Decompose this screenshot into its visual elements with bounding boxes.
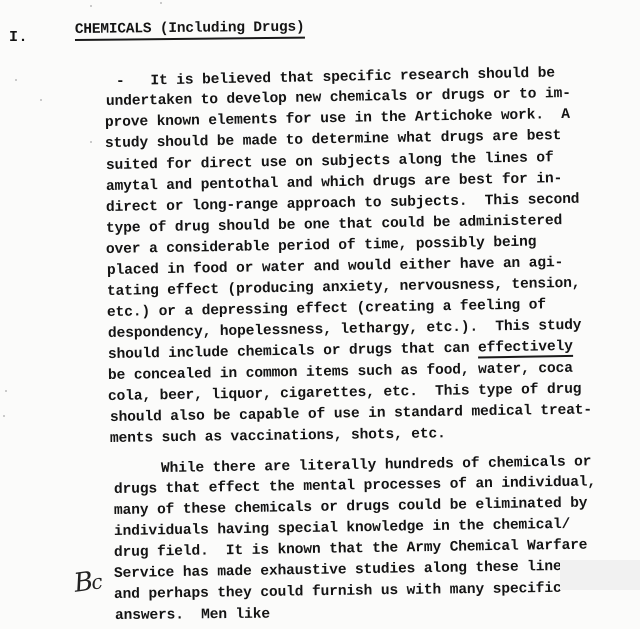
text-line: many of these chemicals or drugs could b… — [114, 496, 588, 519]
text-line: drugs that effect the mental processes o… — [114, 474, 596, 498]
scan-speck — [15, 79, 17, 81]
text-line: placed in food or water and would either… — [107, 255, 563, 279]
text-line: undertaken to develop new chemicals or d… — [106, 86, 571, 110]
scan-artifact — [560, 560, 640, 590]
text-line: drug field. It is known that the Army Ch… — [114, 538, 588, 561]
text-line: type of drug should be one that could be… — [106, 213, 562, 237]
text-line: over a considerable period of time, poss… — [106, 234, 537, 258]
text-line: prove known elements for use in the Arti… — [105, 107, 570, 131]
text-line: study should be made to determine what d… — [105, 128, 561, 152]
text-line: should also be capable of use in standar… — [110, 402, 592, 426]
scan-speck — [3, 415, 5, 417]
text-line: and perhaps they could furnish us with m… — [114, 581, 562, 603]
text-line: suited for direct use on subjects along … — [106, 150, 554, 174]
text-line: tating effect (producing anxiety, nervou… — [107, 276, 581, 300]
scan-speck — [90, 141, 92, 143]
section-title: CHEMICALS (Including Drugs) — [75, 20, 305, 41]
text-line: should include chemicals or drugs that c… — [108, 339, 573, 363]
text-line: cola, beer, liquor, cigarettes, etc. Thi… — [108, 382, 582, 405]
text-line: answers. Men like — [115, 607, 279, 624]
text-line-start: should include chemicals or drugs that c… — [108, 341, 478, 363]
text-line: Service has made exhaustive studies alon… — [114, 559, 570, 582]
text-line: direct or long-range approach to subject… — [106, 192, 580, 216]
scan-speck — [5, 390, 7, 392]
text-line: amytal and pentothal and which drugs are… — [106, 171, 562, 195]
scan-speck — [160, 2, 162, 4]
text-line: While there are literally hundreds of ch… — [161, 454, 592, 477]
text-line: etc.) or a depressing effect (creating a… — [107, 297, 546, 321]
handwritten-margin-mark: Bc — [72, 565, 104, 599]
text-line: despondency, hopelessness, lethargy, etc… — [108, 318, 582, 342]
scan-speck — [40, 99, 42, 101]
document-page: I. CHEMICALS (Including Drugs) - It is b… — [0, 0, 640, 629]
section-number: I. — [9, 29, 28, 46]
text-line: be concealed in common items such as foo… — [108, 361, 573, 384]
text-line: individuals having special knowledge in … — [114, 517, 570, 540]
text-line: ments such as vaccinations, shots, etc. — [110, 426, 446, 447]
underlined-word: effectively — [478, 339, 573, 359]
scan-speck — [90, 5, 92, 7]
